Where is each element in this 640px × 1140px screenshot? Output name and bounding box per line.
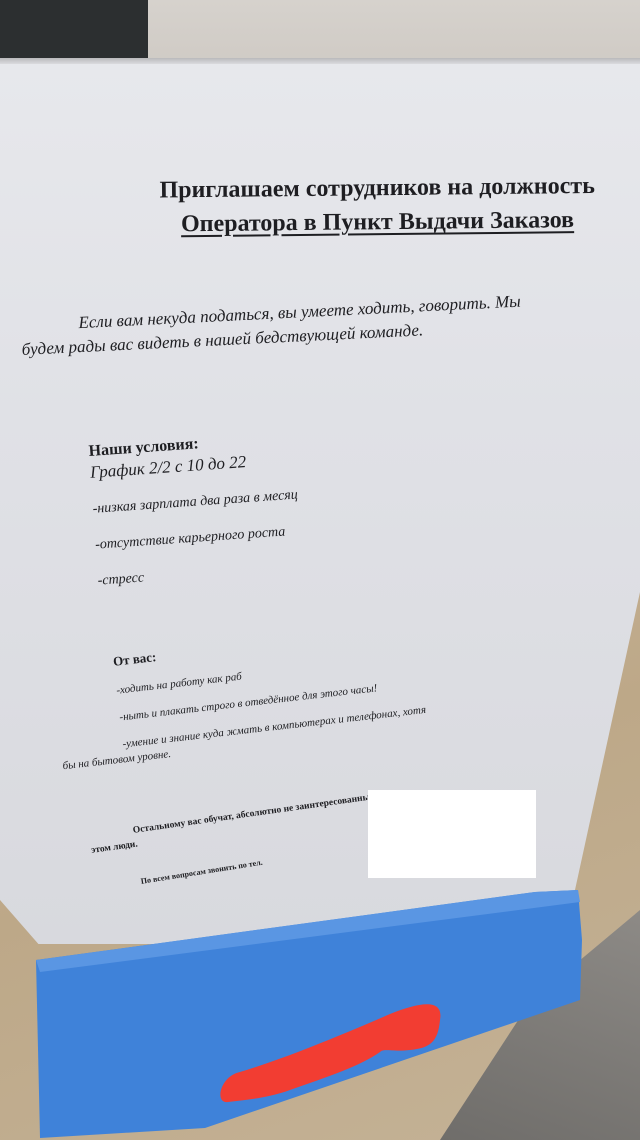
blue-stand-base (0, 880, 640, 1140)
requirements-section: От вас: -ходить на работу как раб -ныть … (112, 595, 622, 767)
condition-item: -низкая зарплата два раза в месяц (92, 475, 453, 520)
condition-item: -отсутствие карьерного роста (95, 511, 456, 556)
intro-paragraph: Если вам некуда податься, вы умеете ходи… (20, 285, 622, 362)
phone-redaction-box (368, 790, 536, 878)
sign-title: Приглашаем сотрудников на должность Опер… (112, 168, 640, 242)
condition-item: -стресс (97, 547, 458, 592)
title-line-1: Приглашаем сотрудников на должность (112, 168, 640, 208)
job-ad-sign: Приглашаем сотрудников на должность Опер… (0, 64, 640, 944)
background-dark-object (0, 0, 148, 58)
conditions-section: Наши условия: График 2/2 с 10 до 22 -низ… (88, 417, 458, 592)
title-line-2: Оператора в Пункт Выдачи Заказов (112, 202, 640, 242)
